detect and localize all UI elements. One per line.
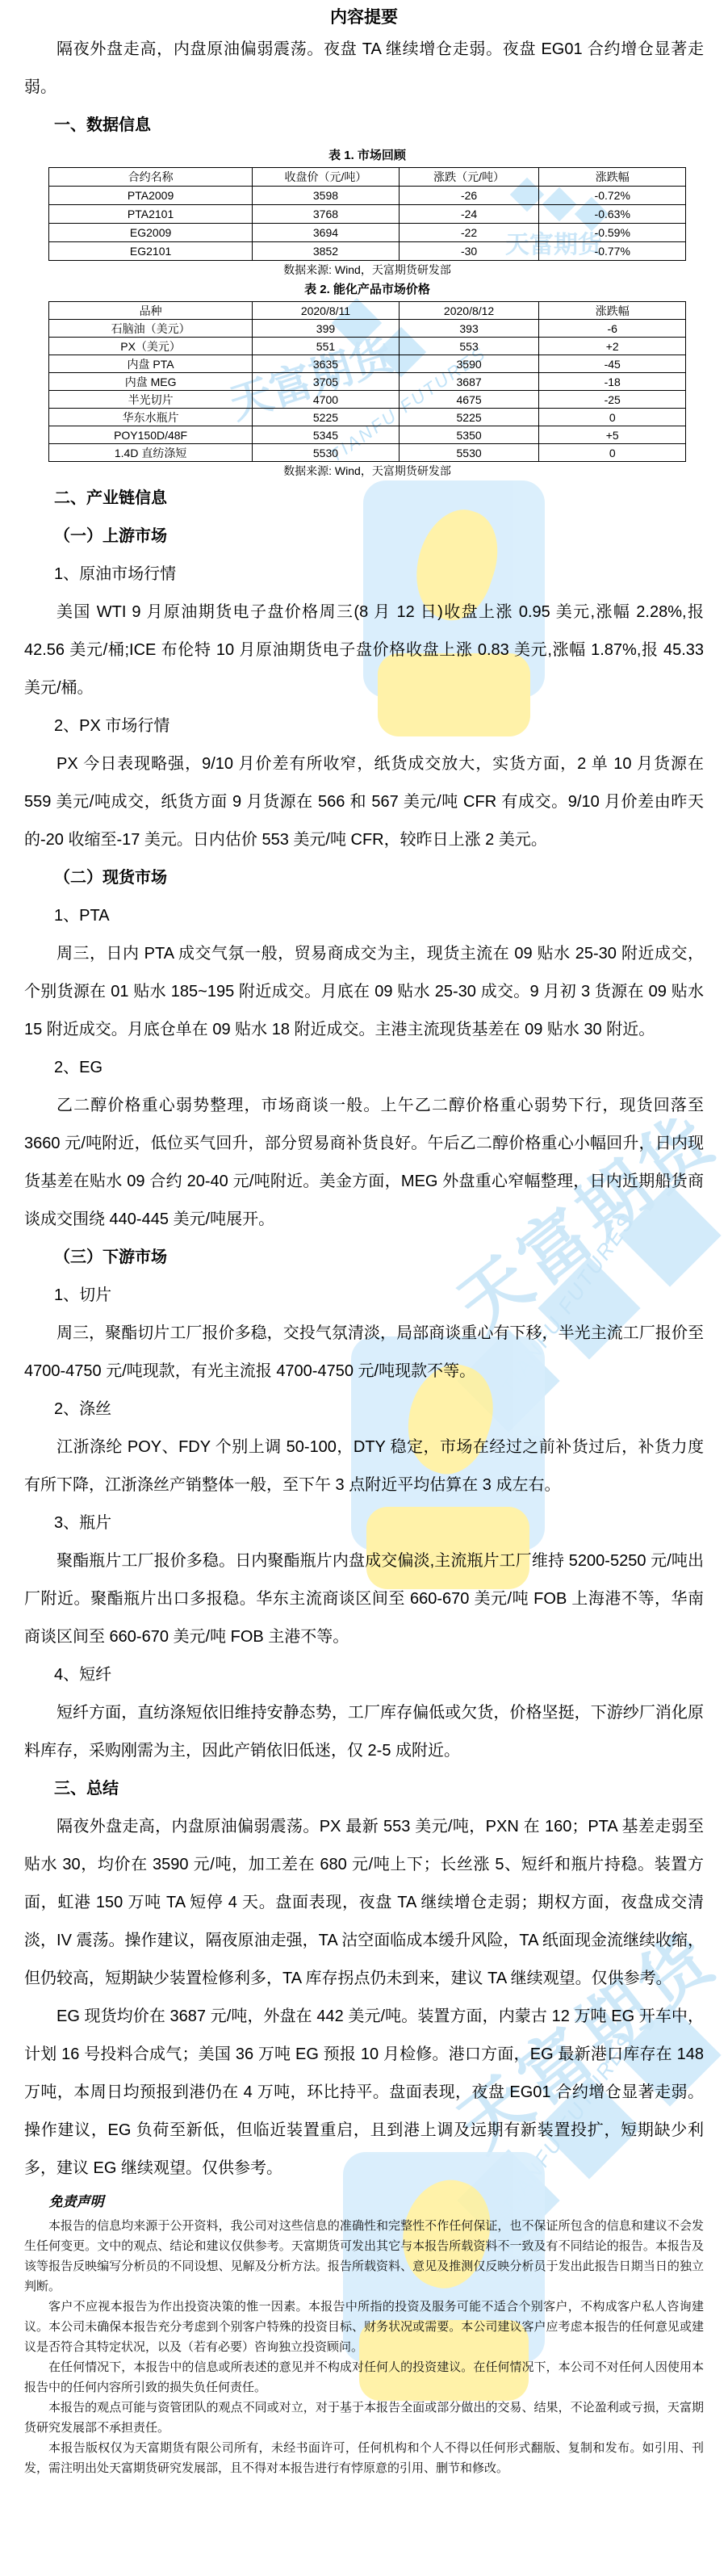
filament-paragraph: 江浙涤纶 POY、FDY 个别上调 50-100，DTY 稳定，市场在经过之前补… [24, 1429, 704, 1504]
table-row: EG2009 3694 -22 -0.59% [49, 224, 686, 242]
crude-paragraph: 美国 WTI 9 月原油期货电子盘价格周三(8 月 12 日)收盘上涨 0.95… [24, 594, 704, 707]
table-cell: EG2009 [49, 224, 253, 242]
table-row: 石脑油（美元） 399 393 -6 [49, 320, 686, 338]
table1-caption: 表 1. 市场回顾 [48, 145, 686, 167]
table-cell: POY150D/48F [49, 426, 253, 444]
item-heading-eg: 2、EG [24, 1049, 704, 1087]
table-cell: -24 [399, 205, 539, 224]
table-cell: 1.4D 直纺涤短 [49, 444, 253, 462]
column-header: 合约名称 [49, 168, 253, 187]
table-cell: -45 [539, 355, 686, 373]
table-cell: -18 [539, 373, 686, 391]
summary-paragraph-ta: 隔夜外盘走高，内盘原油偏弱震荡。PX 最新 553 美元/吨，PXN 在 160… [24, 1808, 704, 1998]
item-heading-chip: 1、切片 [24, 1277, 704, 1315]
intro-paragraph: 隔夜外盘走高，内盘原油偏弱震荡。夜盘 TA 继续增仓走弱。夜盘 EG01 合约增… [24, 31, 704, 107]
column-header: 2020/8/11 [253, 302, 400, 320]
disclaimer-paragraph: 本报告的信息均来源于公开资料，我公司对这些信息的准确性和完整性不作任何保证，也不… [24, 2217, 704, 2297]
table-cell: +2 [539, 338, 686, 355]
table-header-row: 合约名称 收盘价（元/吨） 涨跌（元/吨） 涨跌幅 [49, 168, 686, 187]
table-row: 半光切片 4700 4675 -25 [49, 391, 686, 409]
table1-source: 数据来源: Wind，天富期货研发部 [48, 261, 686, 279]
table-cell: 0 [539, 444, 686, 462]
table-cell: 4700 [253, 391, 400, 409]
table-cell: 5350 [399, 426, 539, 444]
disclaimer-section: 免责声明 本报告的信息均来源于公开资料，我公司对这些信息的准确性和完整性不作任何… [24, 2188, 704, 2479]
staple-paragraph: 短纤方面，直纺涤短依旧维持安静态势，工厂库存偏低或欠货，价格坚挺，下游纱厂消化原… [24, 1694, 704, 1770]
pta-paragraph: 周三，日内 PTA 成交气氛一般，贸易商成交为主，现货主流在 09 贴水 25-… [24, 935, 704, 1049]
table-cell: 3687 [399, 373, 539, 391]
disclaimer-paragraph: 客户不应视本报告为作出投资决策的惟一因素。本报告中所指的投资及服务可能不适合个别… [24, 2297, 704, 2358]
product-price-table: 品种 2020/8/11 2020/8/12 涨跌幅 石脑油（美元） 399 3… [48, 301, 686, 462]
market-review-table: 合约名称 收盘价（元/吨） 涨跌（元/吨） 涨跌幅 PTA2009 3598 -… [48, 167, 686, 261]
table-row: 1.4D 直纺涤短 5530 5530 0 [49, 444, 686, 462]
column-header: 涨跌（元/吨） [399, 168, 539, 187]
bottle-paragraph: 聚酯瓶片工厂报价多稳。日内聚酯瓶片内盘成交偏淡,主流瓶片工厂维持 5200-52… [24, 1542, 704, 1656]
column-header: 2020/8/12 [399, 302, 539, 320]
disclaimer-paragraph: 在任何情况下，本报告中的信息或所表述的意见并不构成对任何人的投资建议。在任何情况… [24, 2358, 704, 2398]
table-cell: 5530 [399, 444, 539, 462]
table-cell: +5 [539, 426, 686, 444]
eg-paragraph: 乙二醇价格重心弱势整理，市场商谈一般。上午乙二醇价格重心弱势下行，现货回落至 3… [24, 1087, 704, 1239]
table-cell: 3635 [253, 355, 400, 373]
px-paragraph: PX 今日表现略强，9/10 月价差有所收窄，纸货成交放大，实货方面，2 单 1… [24, 745, 704, 859]
table-cell: 半光切片 [49, 391, 253, 409]
table-cell: 3705 [253, 373, 400, 391]
table-header-row: 品种 2020/8/11 2020/8/12 涨跌幅 [49, 302, 686, 320]
report-page: 天富期货 天富期货 TIANFU FUTURES 天富期货 TIANFU FUT… [0, 0, 728, 2576]
item-heading-px: 2、PX 市场行情 [24, 707, 704, 745]
table-row: PX（美元） 551 553 +2 [49, 338, 686, 355]
section-heading-summary: 三、总结 [24, 1770, 704, 1808]
table-cell: PTA2009 [49, 187, 253, 205]
table-cell: 5345 [253, 426, 400, 444]
column-header: 涨跌幅 [539, 302, 686, 320]
table-row: PTA2101 3768 -24 -0.63% [49, 205, 686, 224]
item-heading-bottle: 3、瓶片 [24, 1504, 704, 1542]
item-heading-pta: 1、PTA [24, 897, 704, 935]
table-cell: -0.63% [539, 205, 686, 224]
item-heading-filament: 2、涤丝 [24, 1391, 704, 1429]
table-cell: 5530 [253, 444, 400, 462]
table-cell: PTA2101 [49, 205, 253, 224]
subsection-heading-spot: （二）现货市场 [24, 859, 704, 897]
table2-source: 数据来源: Wind，天富期货研发部 [48, 462, 686, 480]
subsection-heading-downstream: （三）下游市场 [24, 1239, 704, 1277]
column-header: 收盘价（元/吨） [253, 168, 400, 187]
market-review-table-block: 表 1. 市场回顾 合约名称 收盘价（元/吨） 涨跌（元/吨） 涨跌幅 PTA2… [48, 145, 686, 261]
item-heading-crude: 1、原油市场行情 [24, 556, 704, 594]
summary-paragraph-eg: EG 现货均价在 3687 元/吨，外盘在 442 美元/吨。装置方面，内蒙古 … [24, 1998, 704, 2188]
table-cell: 3598 [253, 187, 400, 205]
table-cell: -0.77% [539, 242, 686, 261]
table-cell: 5225 [253, 409, 400, 426]
table-cell: EG2101 [49, 242, 253, 261]
chip-paragraph: 周三，聚酯切片工厂报价多稳，交投气氛清淡，局部商谈重心有下移，半光主流工厂报价至… [24, 1315, 704, 1391]
table-cell: 399 [253, 320, 400, 338]
section-heading-industry: 二、产业链信息 [24, 480, 704, 518]
item-heading-staple: 4、短纤 [24, 1656, 704, 1694]
column-header: 品种 [49, 302, 253, 320]
subsection-heading-upstream: （一）上游市场 [24, 518, 704, 556]
table-row: 内盘 PTA 3635 3590 -45 [49, 355, 686, 373]
table-cell: 0 [539, 409, 686, 426]
table-cell: -22 [399, 224, 539, 242]
table-cell: -30 [399, 242, 539, 261]
report-content: 内容提要 隔夜外盘走高，内盘原油偏弱震荡。夜盘 TA 继续增仓走弱。夜盘 EG0… [24, 5, 704, 2479]
table-row: PTA2009 3598 -26 -0.72% [49, 187, 686, 205]
table-cell: -0.59% [539, 224, 686, 242]
table-cell: 内盘 PTA [49, 355, 253, 373]
table-cell: 3768 [253, 205, 400, 224]
table-cell: 3852 [253, 242, 400, 261]
disclaimer-paragraph: 本报告的观点可能与资管团队的观点不同或对立，对于基于本报告全面或部分做出的交易、… [24, 2398, 704, 2439]
table-cell: -25 [539, 391, 686, 409]
table-cell: 3590 [399, 355, 539, 373]
table2-caption: 表 2. 能化产品市场价格 [48, 279, 686, 301]
column-header: 涨跌幅 [539, 168, 686, 187]
disclaimer-heading: 免责声明 [24, 2188, 704, 2217]
table-row: 华东水瓶片 5225 5225 0 [49, 409, 686, 426]
page-title: 内容提要 [24, 5, 704, 31]
table-cell: -26 [399, 187, 539, 205]
table-cell: 393 [399, 320, 539, 338]
table-row: EG2101 3852 -30 -0.77% [49, 242, 686, 261]
table-cell: 553 [399, 338, 539, 355]
table-cell: 5225 [399, 409, 539, 426]
table-cell: 3694 [253, 224, 400, 242]
table-row: 内盘 MEG 3705 3687 -18 [49, 373, 686, 391]
table-cell: -0.72% [539, 187, 686, 205]
section-heading-data: 一、数据信息 [24, 107, 704, 145]
table-cell: PX（美元） [49, 338, 253, 355]
table-cell: -6 [539, 320, 686, 338]
disclaimer-paragraph: 本报告版权仅为天富期货有限公司所有，未经书面许可，任何机构和个人不得以任何形式翻… [24, 2439, 704, 2479]
table-cell: 华东水瓶片 [49, 409, 253, 426]
table-row: POY150D/48F 5345 5350 +5 [49, 426, 686, 444]
table-cell: 内盘 MEG [49, 373, 253, 391]
table-cell: 551 [253, 338, 400, 355]
price-table-block: 表 2. 能化产品市场价格 品种 2020/8/11 2020/8/12 涨跌幅… [48, 279, 686, 462]
table-cell: 石脑油（美元） [49, 320, 253, 338]
table-cell: 4675 [399, 391, 539, 409]
